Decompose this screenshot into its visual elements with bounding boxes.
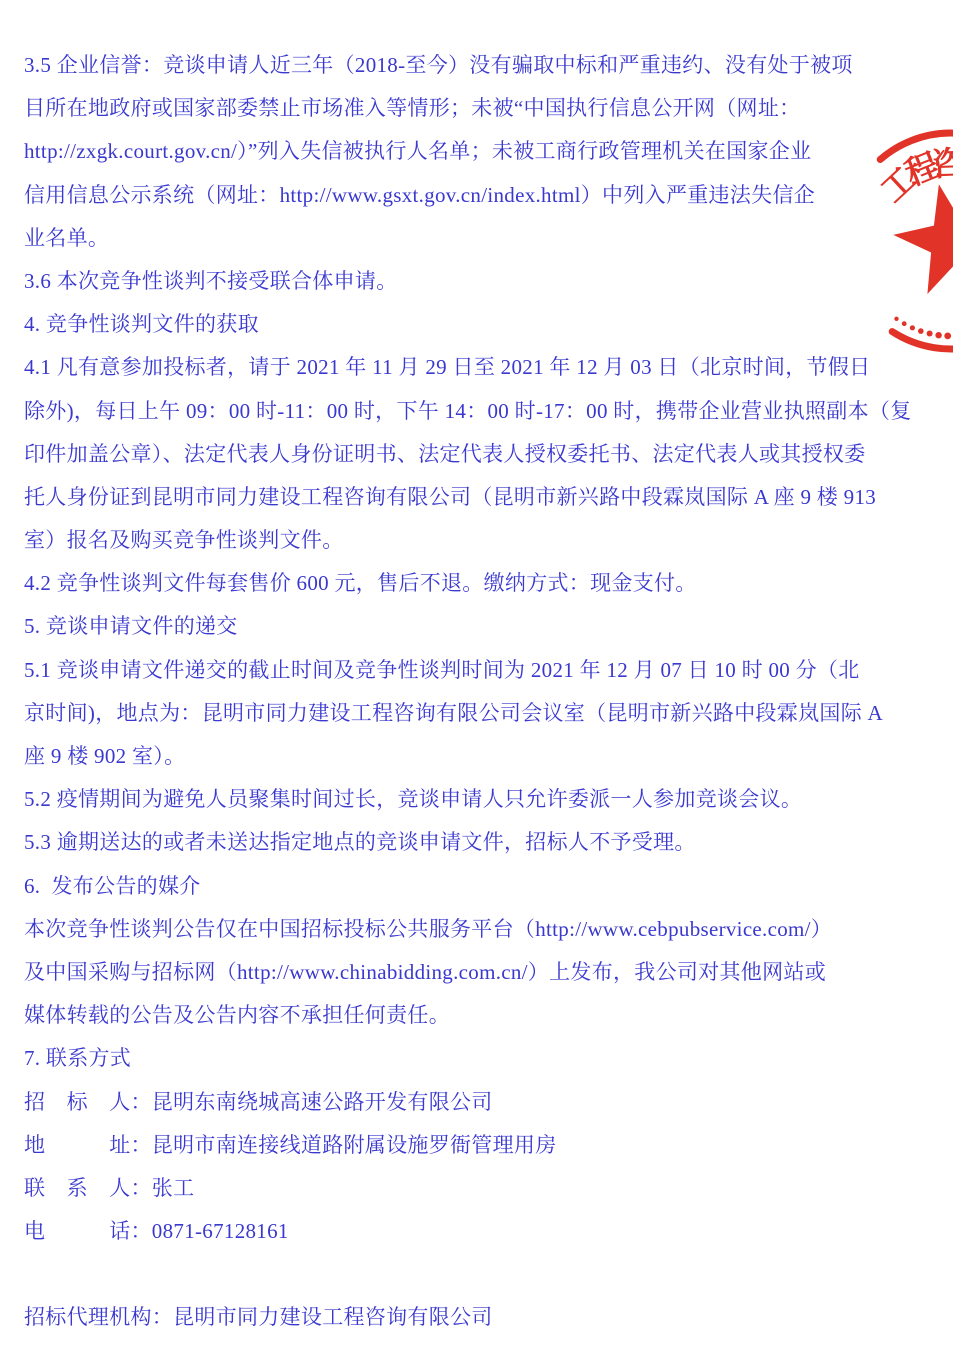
text-line-17: 座 9 楼 902 室）。 (24, 735, 932, 778)
text-line-14: 5. 竞谈申请文件的递交 (24, 605, 932, 648)
text-line-30: 招标代理机构：昆明市同力建设工程咨询有限公司 (24, 1296, 932, 1339)
text-line-26: 地 址：昆明市南连接线道路附属设施罗衙管理用房 (24, 1124, 932, 1167)
text-line-23: 媒体转载的公告及公告内容不承担任何责任。 (24, 994, 932, 1037)
text-line-29 (24, 1253, 932, 1296)
text-line-21: 本次竞争性谈判公告仅在中国招标投标公共服务平台（http://www.cebpu… (24, 908, 932, 951)
text-line-11: 托人身份证到昆明市同力建设工程咨询有限公司（昆明市新兴路中段霖岚国际 A 座 9… (24, 476, 932, 519)
text-line-19: 5.3 逾期送达的或者未送达指定地点的竞谈申请文件，招标人不予受理。 (24, 821, 932, 864)
text-line-18: 5.2 疫情期间为避免人员聚集时间过长，竞谈申请人只允许委派一人参加竞谈会议。 (24, 778, 932, 821)
text-line-27: 联 系 人：张工 (24, 1167, 932, 1210)
seal-dot (935, 332, 941, 338)
seal-arc-char-3: 咨 (931, 146, 953, 184)
text-line-7: 4. 竞争性谈判文件的获取 (24, 303, 932, 346)
text-line-16: 京时间)，地点为：昆明市同力建设工程咨询有限公司会议室（昆明市新兴路中段霖岚国际… (24, 692, 932, 735)
text-line-9: 除外)，每日上午 09：00 时-11：00 时，下午 14：00 时-17：0… (24, 390, 932, 433)
text-line-24: 7. 联系方式 (24, 1037, 932, 1080)
text-line-13: 4.2 竞争性谈判文件每套售价 600 元，售后不退。缴纳方式：现金支付。 (24, 562, 932, 605)
text-line-1: 3.5 企业信誉：竞谈申请人近三年（2018-至今）没有骗取中标和严重违约、没有… (24, 44, 932, 87)
text-line-10: 印件加盖公章）、法定代表人身份证明书、法定代表人授权委托书、法定代表人或其授权委 (24, 433, 932, 476)
document-page: 3.5 企业信誉：竞谈申请人近三年（2018-至今）没有骗取中标和严重违约、没有… (0, 0, 953, 1346)
text-line-2: 目所在地政府或国家部委禁止市场准入等情形；未被“中国执行信息公开网（网址： (24, 87, 932, 130)
text-line-3: http://zxgk.court.gov.cn/）”列入失信被执行人名单；未被… (24, 130, 932, 173)
seal-dot (944, 333, 951, 340)
document-text: 3.5 企业信誉：竞谈申请人近三年（2018-至今）没有骗取中标和严重违约、没有… (24, 44, 932, 1340)
text-line-5: 业名单。 (24, 217, 932, 260)
text-line-28: 电 话：0871-67128161 (24, 1210, 932, 1253)
text-line-6: 3.6 本次竞争性谈判不接受联合体申请。 (24, 260, 932, 303)
text-line-4: 信用信息公示系统（网址：http://www.gsxt.gov.cn/index… (24, 174, 932, 217)
text-line-22: 及中国采购与招标网（http://www.chinabidding.com.cn… (24, 951, 932, 994)
text-line-12: 室）报名及购买竞争性谈判文件。 (24, 519, 932, 562)
text-line-25: 招 标 人：昆明东南绕城高速公路开发有限公司 (24, 1081, 932, 1124)
text-line-15: 5.1 竞谈申请文件递交的截止时间及竞争性谈判时间为 2021 年 12 月 0… (24, 649, 932, 692)
text-line-20: 6. 发布公告的媒介 (24, 865, 932, 908)
text-line-8: 4.1 凡有意参加投标者，请于 2021 年 11 月 29 日至 2021 年… (24, 346, 932, 389)
